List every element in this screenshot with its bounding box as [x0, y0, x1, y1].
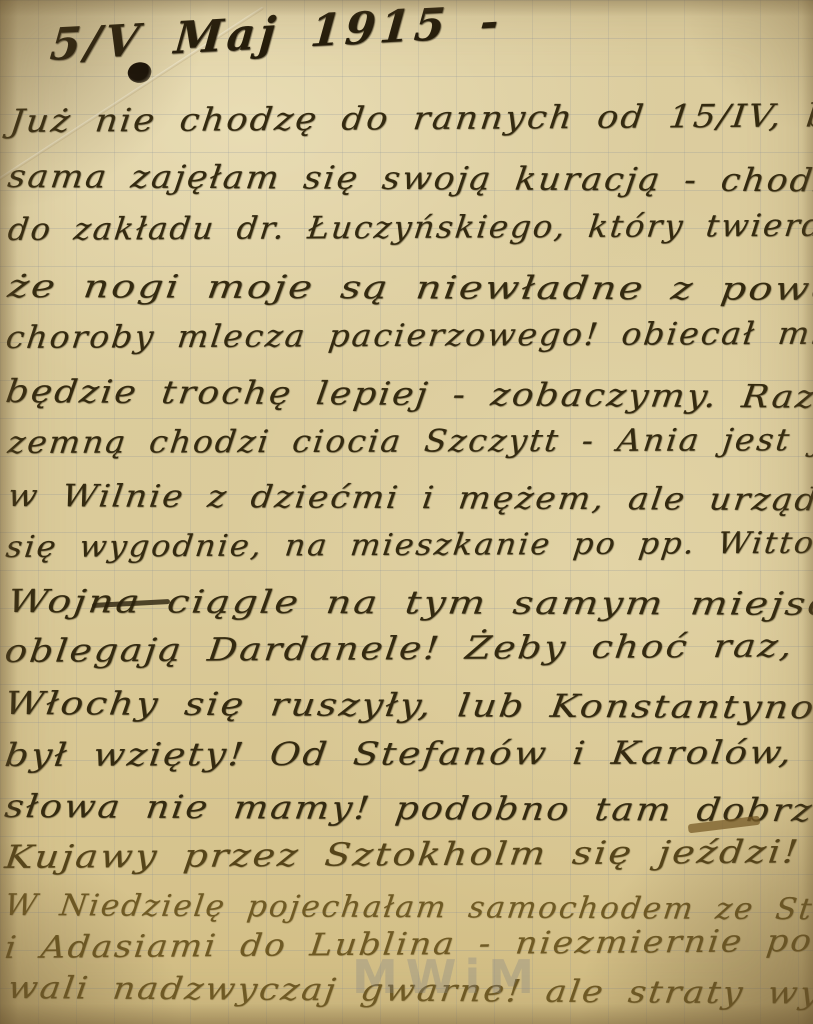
handwriting-line: Już nie chodzę do rannych od 15/IV, bo — [8, 96, 813, 140]
handwriting-line: słowa nie mamy! podobno tam dobrze! Na — [3, 787, 813, 830]
handwriting-line: będzie trochę lepiej - zobaczymy. Razem — [4, 372, 813, 416]
handwriting-line: sama zajęłam się swoją kuracją - chodzę — [6, 157, 813, 199]
handwriting-line: Wojna ciągle na tym samym miejscu — [6, 582, 813, 623]
handwriting-line: Kujawy przez Sztokholm się jeździ! — [3, 832, 803, 876]
handwriting-line: oblegają Dardanele! Żeby choć raz, te — [3, 626, 813, 670]
handwriting-line: w Wilnie z dziećmi i mężem, ale urządził… — [6, 478, 813, 519]
handwriting-line: zemną chodzi ciocia Szczytt - Ania jest … — [6, 422, 813, 461]
handwriting-line: do zakładu dr. Łuczyńskiego, który twier… — [6, 208, 813, 248]
handwriting-line: że nogi moje są niewładne z powodu — [6, 267, 813, 308]
handwriting-line: wali nadzwyczaj gwarne! ale straty wydać — [6, 970, 813, 1012]
date-header: 5/V Maj 1915 - — [48, 0, 505, 71]
handwriting-line: się wygodnie, na mieszkanie po pp. Witto… — [4, 525, 813, 565]
handwriting-line: choroby mlecza pacierzowego! obiecał mi … — [4, 315, 813, 356]
handwriting-line: Włochy się ruszyły, lub Konstantynopol — [3, 684, 813, 727]
handwriting-line: W Niedzielę pojechałam samochodem ze Sta… — [3, 888, 813, 928]
handwriting-line: i Adasiami do Lublina - niezmiernie podz… — [3, 922, 813, 966]
handwriting-line: był wzięty! Od Stefanów i Karolów, ani — [3, 733, 813, 774]
letter-page: 5/V Maj 1915 - Już nie chodzę do rannych… — [0, 0, 813, 1024]
